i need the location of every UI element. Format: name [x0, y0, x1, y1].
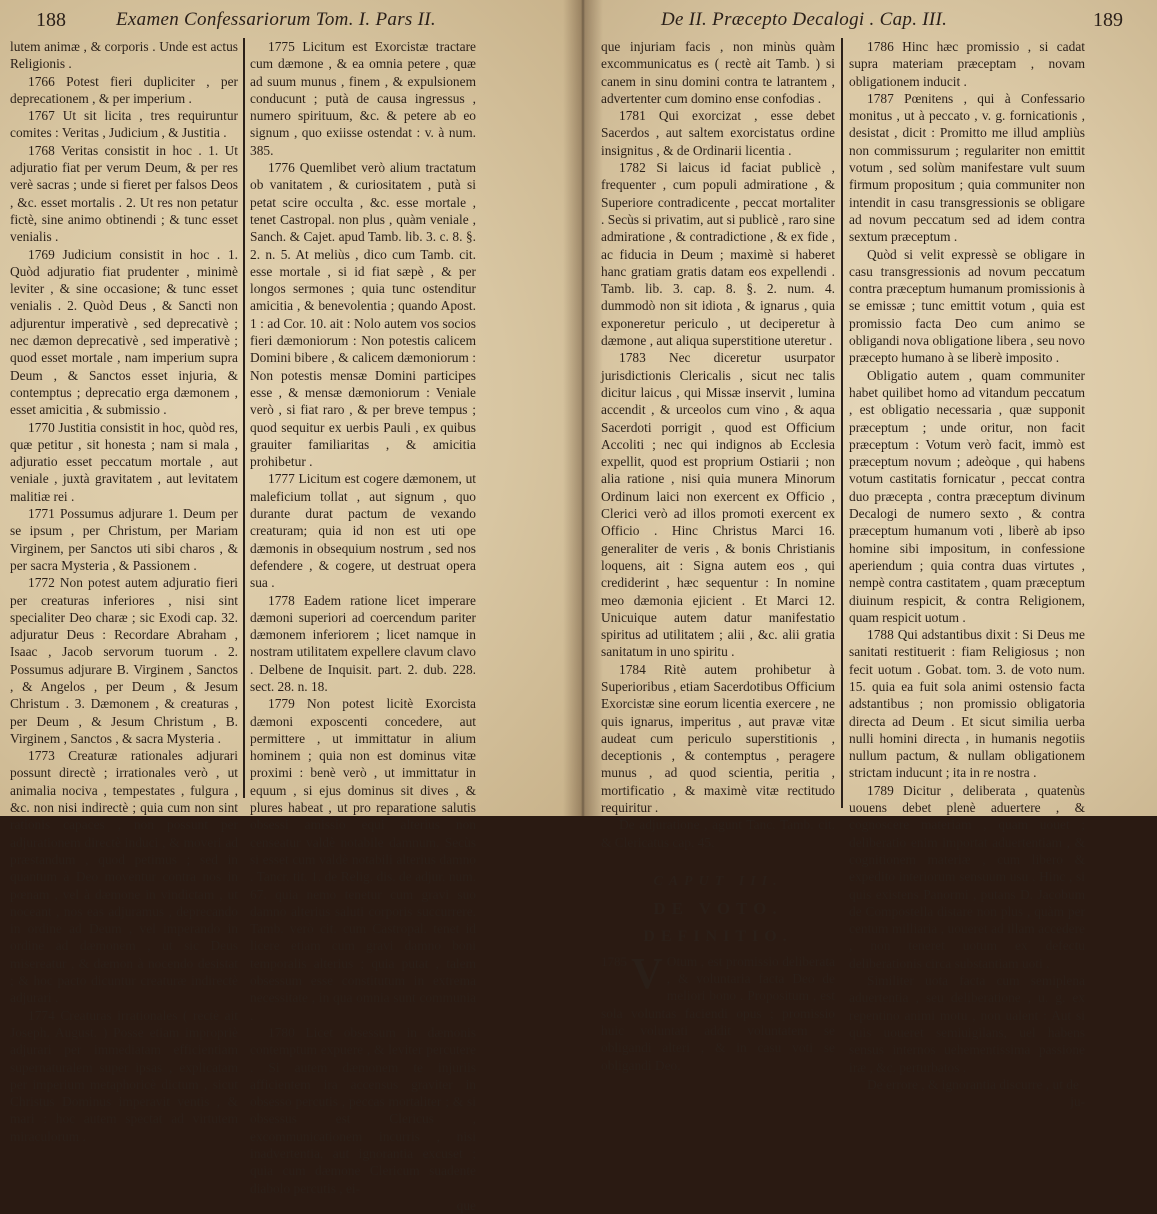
- right-page: De II. Præcepto Decalogi . Cap. III. 189…: [583, 0, 1157, 816]
- paragraph: 1778 Eadem ratione licet imperare dæmoni…: [250, 592, 476, 696]
- running-head-left: Examen Confessariorum Tom. I. Pars II.: [116, 6, 436, 34]
- book-gutter: [563, 0, 603, 816]
- right-column-2: 1786 Hinc hæc promissio , si cadat supra…: [849, 38, 1085, 816]
- paragraph: 1782 Si laicus id faciat publicè , frequ…: [601, 159, 835, 349]
- paragraph: 1776 Quemlibet verò alium tractatum ob v…: [250, 159, 476, 470]
- paragraph: Quòd si velit expressè se obligare in ca…: [849, 246, 1085, 367]
- running-head-right: De II. Præcepto Decalogi . Cap. III.: [661, 6, 947, 34]
- paragraph: 1772 Non potest autem adjuratio fieri pe…: [10, 574, 238, 747]
- paragraph: Obligatio autem , quam communiter habet …: [849, 367, 1085, 626]
- paragraph: 1773 Creaturæ rationales adjurari possun…: [10, 747, 238, 816]
- left-column-1: lutem animæ , & corporis . Unde est actu…: [10, 38, 238, 816]
- page-number-left: 188: [36, 6, 66, 34]
- paragraph: 1775 Licitum est Exorcistæ tractare cum …: [250, 38, 476, 159]
- paragraph: 1789 Dicitur , deliberata , quatenùs uou…: [849, 782, 1085, 816]
- book-spread: 188 Examen Confessariorum Tom. I. Pars I…: [0, 0, 1157, 816]
- paragraph: 1783 Nec diceretur usurpator jurisdictio…: [601, 349, 835, 660]
- paragraph: 1788 Qui adstantibus dixit : Si Deus me …: [849, 626, 1085, 782]
- paragraph: 1777 Licitum est cogere dæmonem, ut male…: [250, 470, 476, 591]
- paragraph: 1771 Possumus adjurare 1. Deum per se ip…: [10, 505, 238, 574]
- paragraph: 1784 Ritè autem prohibetur à Superioribu…: [601, 661, 835, 816]
- paragraph: 1767 Ut sit licita , tres requiruntur co…: [10, 107, 238, 142]
- paragraph: 1779 Non potest licitè Exorcista dæmoni …: [250, 695, 476, 816]
- paragraph: 1768 Veritas consistit in hoc . 1. Ut ad…: [10, 142, 238, 246]
- page-number-right: 189: [1093, 6, 1123, 34]
- paragraph: 1787 Pœnitens , qui à Confessario monitu…: [849, 90, 1085, 246]
- paragraph: 1781 Qui exorcizat , esse debet Sacerdos…: [601, 107, 835, 159]
- right-column-1: que injuriam facis , non minùs quàm exco…: [601, 38, 835, 816]
- paragraph: 1766 Potest fieri dupliciter , per depre…: [10, 73, 238, 108]
- paragraph: 1770 Justitia consistit in hoc, quòd res…: [10, 419, 238, 505]
- paragraph: 1769 Judicium consistit in hoc . 1. Quòd…: [10, 246, 238, 419]
- column-rule: [841, 38, 843, 808]
- paragraph: que injuriam facis , non minùs quàm exco…: [601, 38, 835, 107]
- paragraph: lutem animæ , & corporis . Unde est actu…: [10, 38, 238, 73]
- column-rule: [243, 38, 245, 798]
- left-column-2: 1775 Licitum est Exorcistæ tractare cum …: [250, 38, 476, 816]
- left-page: 188 Examen Confessariorum Tom. I. Pars I…: [0, 0, 583, 816]
- paragraph: 1786 Hinc hæc promissio , si cadat supra…: [849, 38, 1085, 90]
